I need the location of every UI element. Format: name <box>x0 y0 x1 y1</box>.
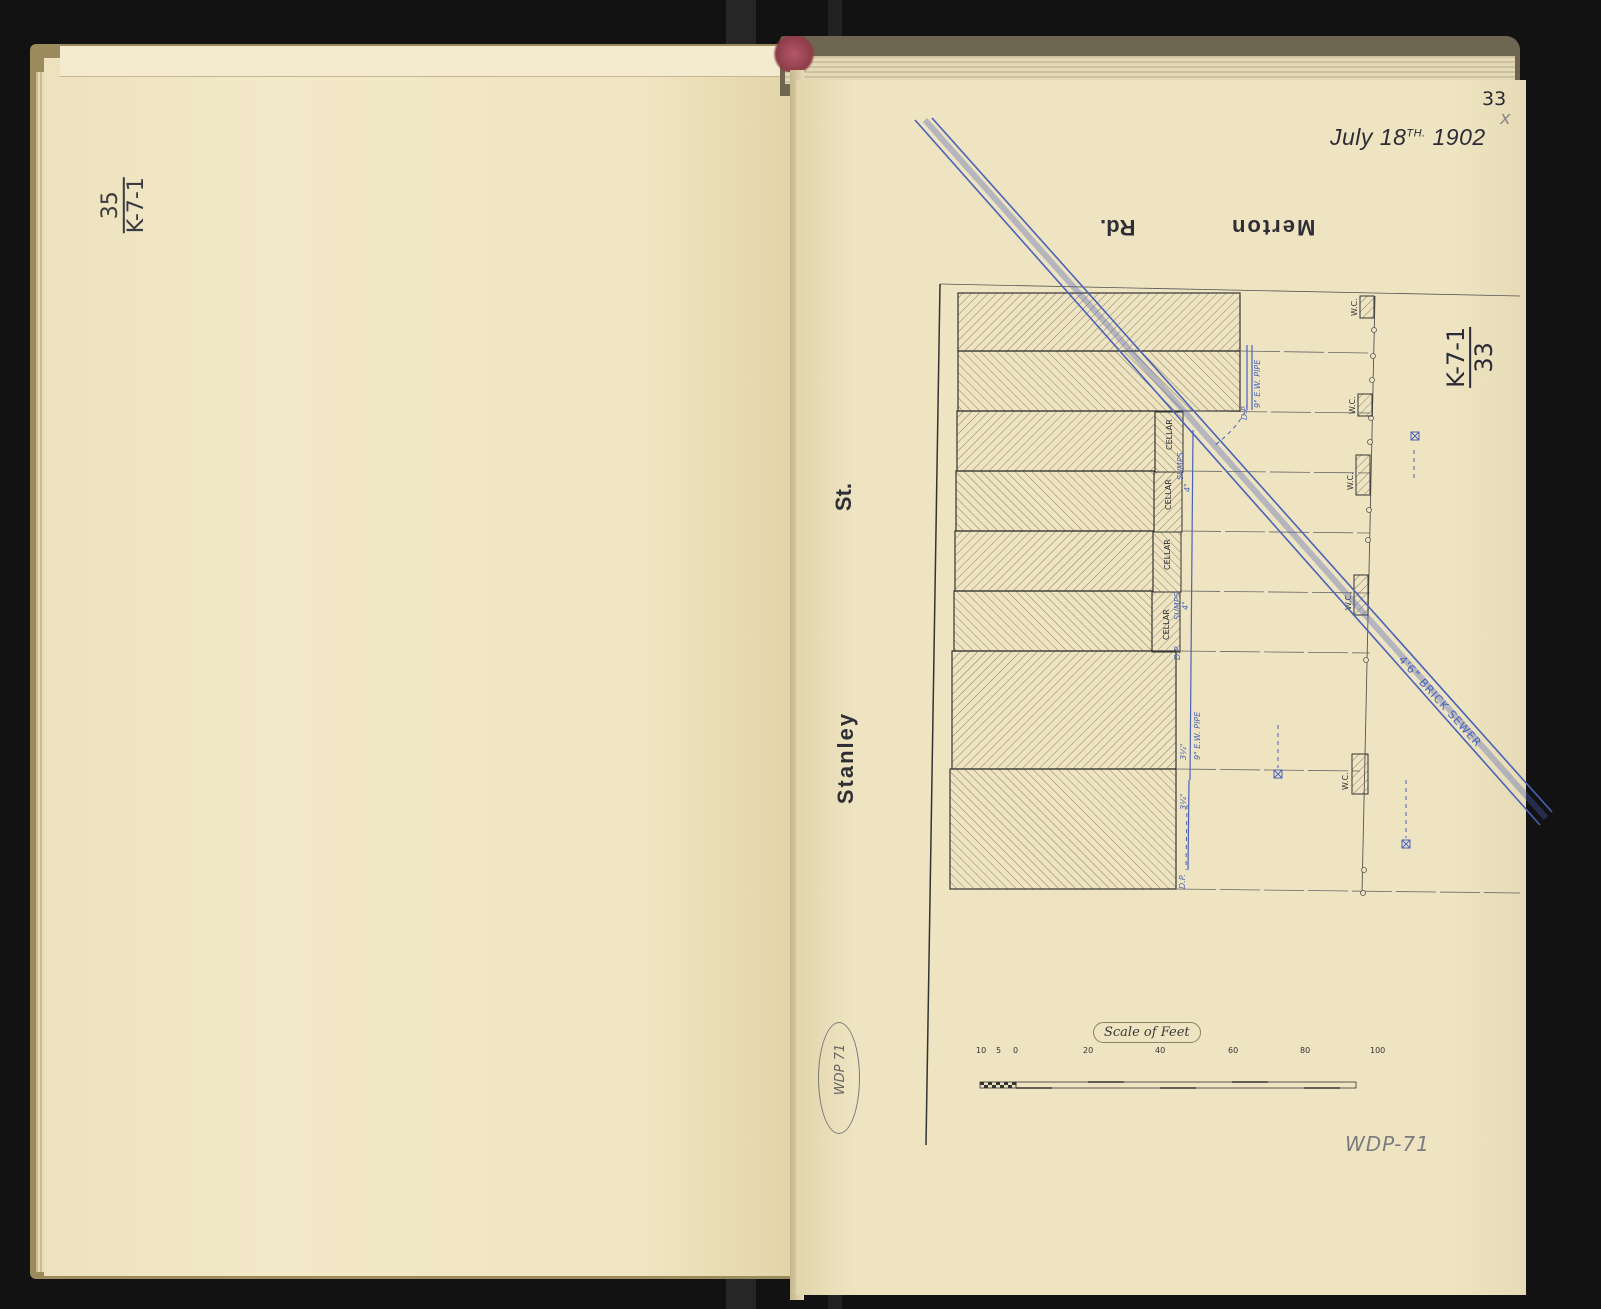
drainage-plan: CELLAR CELLAR CELLAR CELLAR W.C. W.C. W.… <box>0 0 1601 1309</box>
pencil-archive-note: WDP-71 <box>1345 1132 1430 1156</box>
scale-tick: 10 <box>976 1046 986 1055</box>
svg-text:W.C.: W.C. <box>1341 772 1350 790</box>
svg-text:SUMPS: SUMPS <box>1176 452 1185 480</box>
svg-text:3¼": 3¼" <box>1179 793 1188 810</box>
archive-stamp-text: WDP 71 <box>833 1044 848 1095</box>
scale-tick: 5 <box>996 1046 1001 1055</box>
svg-text:W.C.: W.C. <box>1346 472 1355 490</box>
wc-label: W.C. <box>1350 298 1359 316</box>
svg-text:W.C.: W.C. <box>1348 396 1357 414</box>
plot-boundary-line <box>926 284 940 1145</box>
cellar-label: CELLAR <box>1165 419 1174 450</box>
svg-text:D.P.: D.P. <box>1173 645 1182 660</box>
scale-title: Scale of Feet <box>1093 1022 1201 1043</box>
scale-tick: 40 <box>1155 1046 1165 1055</box>
svg-text:CELLAR: CELLAR <box>1162 609 1171 640</box>
svg-text:4": 4" <box>1181 601 1190 610</box>
sewer-label: 4'6" BRICK SEWER <box>1396 653 1484 749</box>
scale-bar <box>980 1082 1356 1088</box>
svg-text:D.P.: D.P. <box>1178 874 1187 889</box>
scale-tick: 20 <box>1083 1046 1093 1055</box>
pipe-label: 9" E.W. PIPE <box>1253 359 1262 408</box>
svg-text:4": 4" <box>1183 483 1192 492</box>
scale-tick: 100 <box>1370 1046 1385 1055</box>
svg-text:CELLAR: CELLAR <box>1163 539 1172 570</box>
svg-text:D.P.: D.P. <box>1240 405 1249 420</box>
svg-text:3¼": 3¼" <box>1179 743 1188 760</box>
svg-text:9" E.W. PIPE: 9" E.W. PIPE <box>1193 711 1202 760</box>
scale-tick: 0 <box>1013 1046 1018 1055</box>
scale-tick: 60 <box>1228 1046 1238 1055</box>
svg-text:CELLAR: CELLAR <box>1164 479 1173 510</box>
scale-tick: 80 <box>1300 1046 1310 1055</box>
